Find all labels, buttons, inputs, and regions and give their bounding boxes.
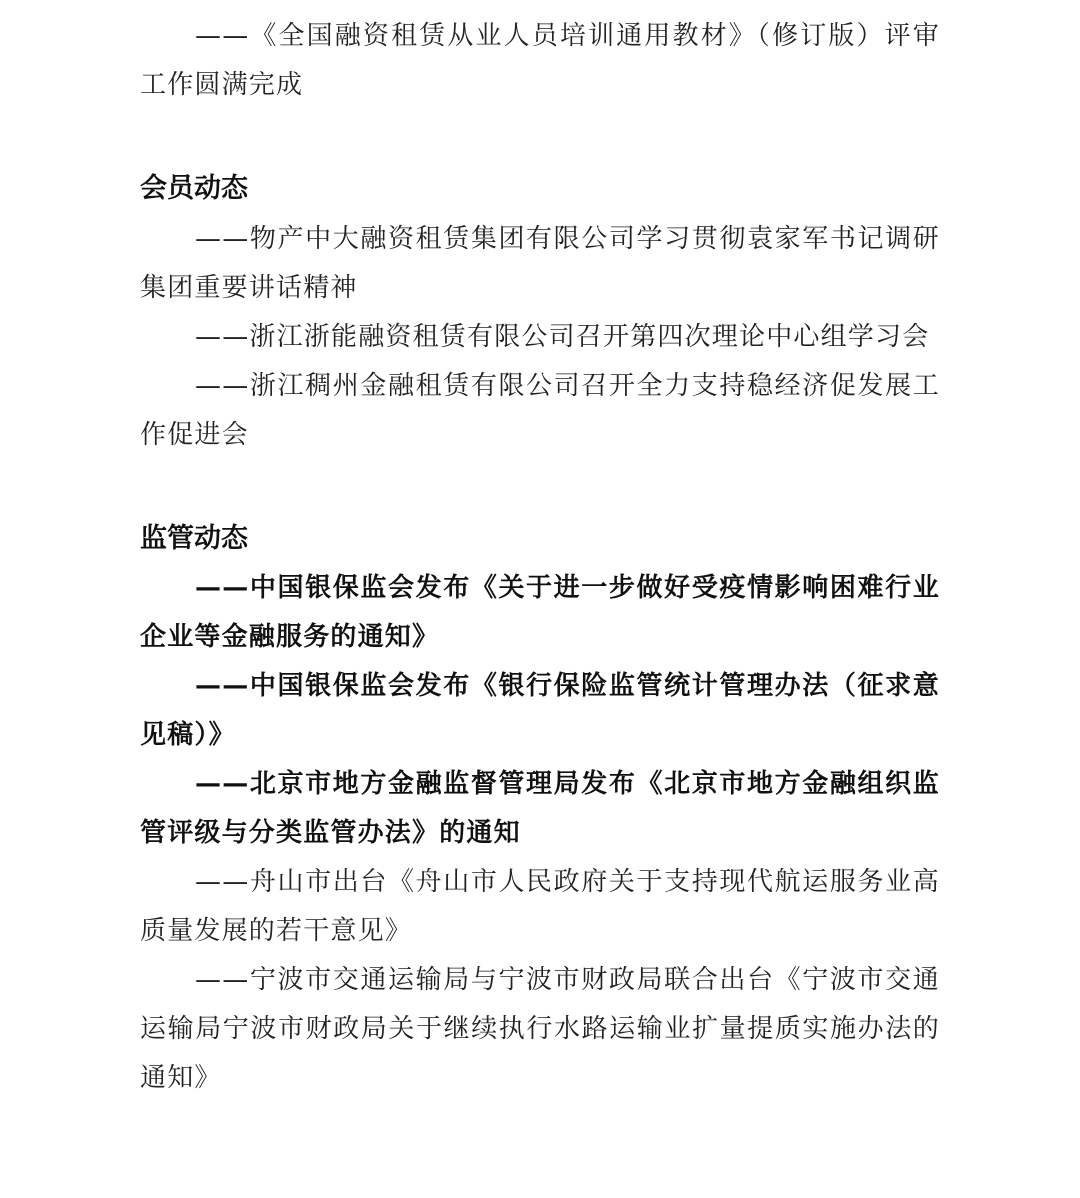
news-entry: ——中国银保监会发布《银行保险监管统计管理办法（征求意见稿）》 [140,662,940,760]
member-news-section: ——物产中大融资租赁集团有限公司学习贯彻袁家军书记调研集团重要讲话精神 ——浙江… [140,215,940,460]
news-entry: ——浙江浙能融资租赁有限公司召开第四次理论中心组学习会 [140,313,940,362]
section-heading-member-news: 会员动态 [140,164,248,213]
regulatory-news-section: ——中国银保监会发布《关于进一步做好受疫情影响困难行业企业等金融服务的通知》 —… [140,564,940,1103]
news-entry: ——中国银保监会发布《关于进一步做好受疫情影响困难行业企业等金融服务的通知》 [140,564,940,662]
section-heading-regulatory-news: 监管动态 [140,514,248,563]
news-entry: ——舟山市出台《舟山市人民政府关于支持现代航运服务业高质量发展的若干意见》 [140,858,940,956]
news-entry: ——物产中大融资租赁集团有限公司学习贯彻袁家军书记调研集团重要讲话精神 [140,215,940,313]
news-entry: ——宁波市交通运输局与宁波市财政局联合出台《宁波市交通运输局宁波市财政局关于继续… [140,956,940,1103]
intro-section: ——《全国融资租赁从业人员培训通用教材》（修订版）评审工作圆满完成 [140,12,940,110]
news-entry: ——浙江稠州金融租赁有限公司召开全力支持稳经济促发展工作促进会 [140,362,940,460]
news-entry: ——北京市地方金融监督管理局发布《北京市地方金融组织监管评级与分类监管办法》的通… [140,760,940,858]
news-entry: ——《全国融资租赁从业人员培训通用教材》（修订版）评审工作圆满完成 [140,12,940,110]
